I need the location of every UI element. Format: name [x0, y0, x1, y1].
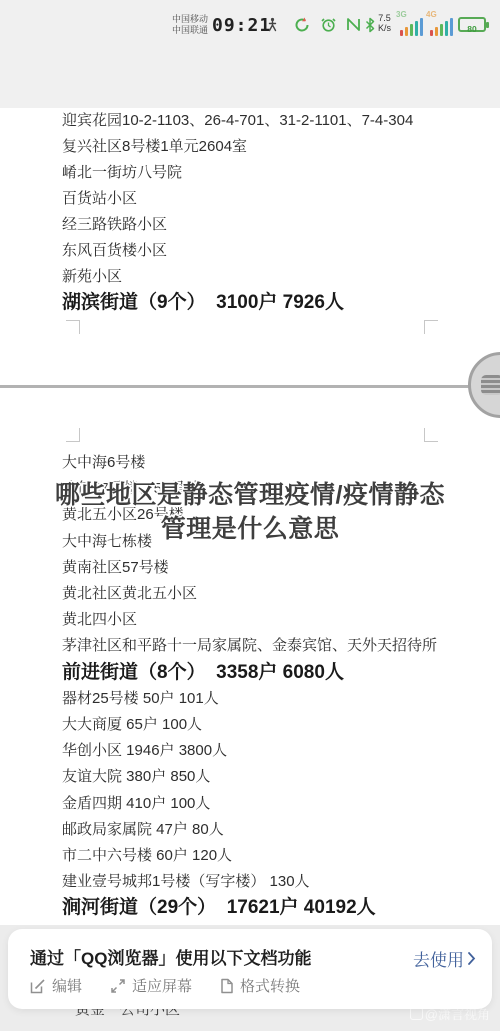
fit-screen-function[interactable]: 适应屏幕: [110, 975, 192, 996]
doc-line: 友谊大院 380户 850人: [62, 764, 474, 790]
format-convert-function[interactable]: 格式转换: [220, 975, 300, 996]
doc-line: 经三路铁路小区: [62, 212, 474, 238]
net-speed-unit: K/s: [378, 23, 391, 33]
doc-line: 复兴社区8号楼1单元2604室: [62, 134, 474, 160]
sync-icon: [294, 17, 310, 33]
document-functions-row: 编辑 适应屏幕 格式转换: [30, 975, 300, 996]
doc-line: 建业壹号城邦1号楼（写字楼） 130人: [62, 869, 474, 895]
qq-browser-promo-card: 通过「QQ浏览器」使用以下文档功能 去使用 编辑 适应屏幕 格式转换: [8, 929, 492, 1009]
document-page-1: 迎宾花园10-2-1103、26-4-701、31-2-1101、7-4-304…: [62, 108, 474, 316]
edit-icon: [30, 978, 46, 994]
doc-line: 华创小区 1946户 3800人: [62, 738, 474, 764]
status-bar: 中国移动 中国联通 09:21 7.5 K/s 3G 4G: [0, 0, 500, 55]
battery-icon: 80: [458, 17, 486, 32]
doc-line: 市二中六号楼 60户 120人: [62, 843, 474, 869]
doc-line: 黄南社区57号楼: [62, 555, 474, 581]
walking-person-icon: [266, 17, 279, 32]
page-corner-mark: [424, 320, 438, 334]
doc-line: 邮政局家属院 47户 80人: [62, 817, 474, 843]
doc-line: 新苑小区: [62, 264, 474, 290]
doc-line: 黄北四小区: [62, 607, 474, 633]
document-preview[interactable]: 迎宾花园10-2-1103、26-4-701、31-2-1101、7-4-304…: [0, 108, 500, 925]
doc-line: 茅津社区和平路十一局家属院、金泰宾馆、天外天招待所: [62, 633, 474, 659]
doc-section-summary-line: 湖滨街道（9个） 3100户 7926人: [62, 290, 474, 316]
carrier-2: 中国联通: [172, 25, 208, 36]
doc-section-summary-line: 前进街道（8个） 3358户 6080人: [62, 660, 474, 686]
edit-label: 编辑: [52, 975, 82, 996]
bottom-sheet-area: 黄金一公司小区 @潇言视角 通过「QQ浏览器」使用以下文档功能 去使用 编辑 适…: [0, 925, 500, 1031]
nfc-icon: [346, 17, 361, 32]
screen: 中国移动 中国联通 09:21 7.5 K/s 3G 4G: [0, 0, 500, 1031]
page-corner-mark: [424, 428, 438, 442]
scroll-grip-icon: [481, 375, 500, 395]
clock: 09:21: [212, 15, 271, 36]
doc-line: 迎宾花园10-2-1103、26-4-701、31-2-1101、7-4-304: [62, 108, 474, 134]
format-convert-label: 格式转换: [240, 975, 300, 996]
doc-line: 大中海6号楼: [62, 450, 474, 476]
doc-section-summary-line: 涧河街道（29个） 17621户 40192人: [62, 895, 474, 921]
alarm-icon: [320, 17, 337, 33]
sim1-network-label: 3G: [396, 10, 407, 19]
fit-screen-icon: [110, 978, 126, 994]
net-speed-value: 7.5: [378, 13, 391, 23]
doc-line: 大大商厦 65户 100人: [62, 712, 474, 738]
doc-line: 东风百货楼小区: [62, 238, 474, 264]
go-use-button[interactable]: 去使用: [413, 946, 476, 971]
doc-line: 金盾四期 410户 100人: [62, 791, 474, 817]
network-speed: 7.5 K/s: [378, 13, 391, 33]
battery-level: 80: [467, 24, 476, 34]
page-divider: [0, 385, 500, 388]
carrier-1: 中国移动: [172, 14, 208, 25]
sim2-network-label: 4G: [426, 10, 437, 19]
signal-bars-sim1: 3G: [400, 18, 423, 36]
carrier-labels: 中国移动 中国联通: [172, 14, 208, 36]
chevron-right-icon: [467, 951, 476, 966]
fit-screen-label: 适应屏幕: [132, 975, 192, 996]
format-convert-icon: [220, 978, 234, 994]
overlay-caption-line-1: 哪些地区是静态管理疫情/疫情静态: [6, 478, 494, 512]
bluetooth-icon: [364, 17, 376, 33]
signal-bars-sim2: 4G: [430, 18, 453, 36]
go-use-label: 去使用: [413, 946, 464, 971]
doc-line: 器材25号楼 50户 101人: [62, 686, 474, 712]
overlay-caption: 哪些地区是静态管理疫情/疫情静态 管理是什么意思: [6, 478, 494, 546]
doc-line: 黄北社区黄北五小区: [62, 581, 474, 607]
page-corner-mark: [66, 428, 80, 442]
overlay-caption-line-2: 管理是什么意思: [6, 512, 494, 546]
page-corner-mark: [66, 320, 80, 334]
file-preview-header: 3_湖滨区临时管控小区情况.docx 文件预览: [0, 55, 500, 108]
fast-scroll-handle[interactable]: [468, 352, 500, 418]
doc-line: 崤北一街坊八号院: [62, 160, 474, 186]
promo-title: 通过「QQ浏览器」使用以下文档功能: [30, 944, 311, 969]
doc-line: 百货站小区: [62, 186, 474, 212]
edit-function[interactable]: 编辑: [30, 975, 82, 996]
